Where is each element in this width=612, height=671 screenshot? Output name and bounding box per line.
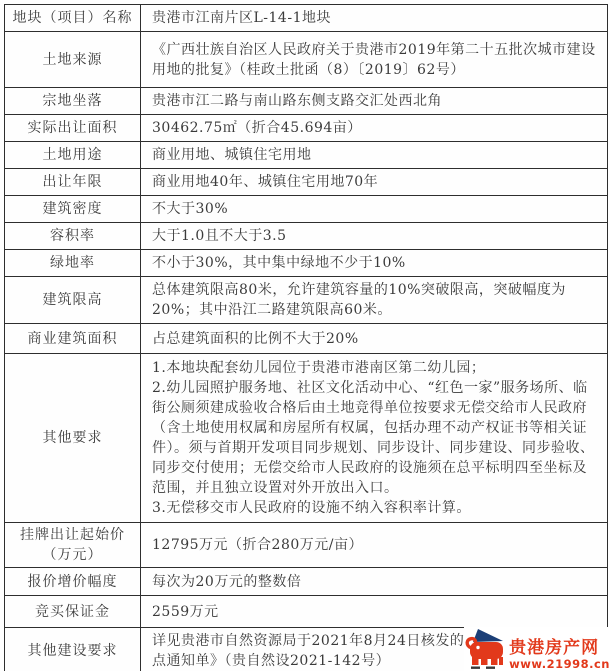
table-row: 建筑限高 总体建筑限高80米，允许建筑容量的10%突破限高，突破幅度为20%；其… bbox=[5, 277, 608, 324]
field-value: 总体建筑限高80米，允许建筑容量的10%突破限高，突破幅度为20%；其中沿江二路… bbox=[141, 277, 608, 324]
field-value: 12795万元（折合280万元/亩） bbox=[141, 523, 608, 568]
field-label: 建筑密度 bbox=[5, 196, 141, 223]
field-label: 建筑限高 bbox=[5, 277, 141, 324]
field-value: 《广西壮族自治区人民政府关于贵港市2019年第二十五批次城市建设用地的批复》（桂… bbox=[141, 32, 608, 88]
field-label: 其他要求 bbox=[5, 354, 141, 523]
table-row: 出让年限 商业用地40年、城镇住宅用地70年 bbox=[5, 169, 608, 196]
watermark-site-name: 贵港房产网 bbox=[509, 640, 610, 658]
field-value: 占总建筑面积的比例不大于20% bbox=[141, 324, 608, 354]
field-value: 1.本地块配套幼儿园位于贵港市港南区第二幼儿园； 2.幼儿园照护服务地、社区文化… bbox=[141, 354, 608, 523]
table-row: 商业建筑面积 占总建筑面积的比例不大于20% bbox=[5, 324, 608, 354]
table-row: 建筑密度 不大于30% bbox=[5, 196, 608, 223]
field-label: 报价增价幅度 bbox=[5, 568, 141, 596]
site-watermark: 贵港房产网 www.21998.cn bbox=[464, 627, 612, 671]
field-value: 2559万元 bbox=[141, 596, 608, 628]
field-label: 宗地坐落 bbox=[5, 88, 141, 115]
table-row: 绿地率 不小于30%，其中集中绿地不少于10% bbox=[5, 250, 608, 277]
field-label: 实际出让面积 bbox=[5, 115, 141, 142]
table-row: 土地用途 商业用地、城镇住宅用地 bbox=[5, 142, 608, 169]
field-label: 地块（项目）名称 bbox=[5, 5, 141, 32]
field-label: 商业建筑面积 bbox=[5, 324, 141, 354]
field-value: 商业用地、城镇住宅用地 bbox=[141, 142, 608, 169]
field-value: 贵港市江二路与南山路东侧支路交汇处西北角 bbox=[141, 88, 608, 115]
field-label: 容积率 bbox=[5, 223, 141, 250]
field-value: 商业用地40年、城镇住宅用地70年 bbox=[141, 169, 608, 196]
table-row: 实际出让面积 30462.75㎡（折合45.694亩） bbox=[5, 115, 608, 142]
field-label: 竞买保证金 bbox=[5, 596, 141, 628]
table-row: 宗地坐落 贵港市江二路与南山路东侧支路交汇处西北角 bbox=[5, 88, 608, 115]
field-label: 其他建设要求 bbox=[5, 628, 141, 671]
field-label: 挂牌出让起始价 （万元） bbox=[5, 523, 141, 568]
field-value: 每次为20万元的整数倍 bbox=[141, 568, 608, 596]
table-row: 容积率 大于1.0且不大于3.5 bbox=[5, 223, 608, 250]
watermark-site-url: www.21998.cn bbox=[509, 658, 610, 670]
land-parcel-table: 地块（项目）名称 贵港市江南片区L-14-1地块 土地来源 《广西壮族自治区人民… bbox=[4, 4, 608, 671]
field-value: 不小于30%，其中集中绿地不少于10% bbox=[141, 250, 608, 277]
field-label: 土地来源 bbox=[5, 32, 141, 88]
table-row: 竞买保证金 2559万元 bbox=[5, 596, 608, 628]
field-label: 土地用途 bbox=[5, 142, 141, 169]
table-row: 其他要求 1.本地块配套幼儿园位于贵港市港南区第二幼儿园； 2.幼儿园照护服务地… bbox=[5, 354, 608, 523]
field-value: 大于1.0且不大于3.5 bbox=[141, 223, 608, 250]
field-label: 绿地率 bbox=[5, 250, 141, 277]
table-row: 地块（项目）名称 贵港市江南片区L-14-1地块 bbox=[5, 5, 608, 32]
table-row: 土地来源 《广西壮族自治区人民政府关于贵港市2019年第二十五批次城市建设用地的… bbox=[5, 32, 608, 88]
field-label: 出让年限 bbox=[5, 169, 141, 196]
elephant-logo-icon bbox=[465, 628, 509, 670]
table-row: 报价增价幅度 每次为20万元的整数倍 bbox=[5, 568, 608, 596]
field-value: 30462.75㎡（折合45.694亩） bbox=[141, 115, 608, 142]
field-value: 贵港市江南片区L-14-1地块 bbox=[141, 5, 608, 32]
table-row: 挂牌出让起始价 （万元） 12795万元（折合280万元/亩） bbox=[5, 523, 608, 568]
field-value: 不大于30% bbox=[141, 196, 608, 223]
